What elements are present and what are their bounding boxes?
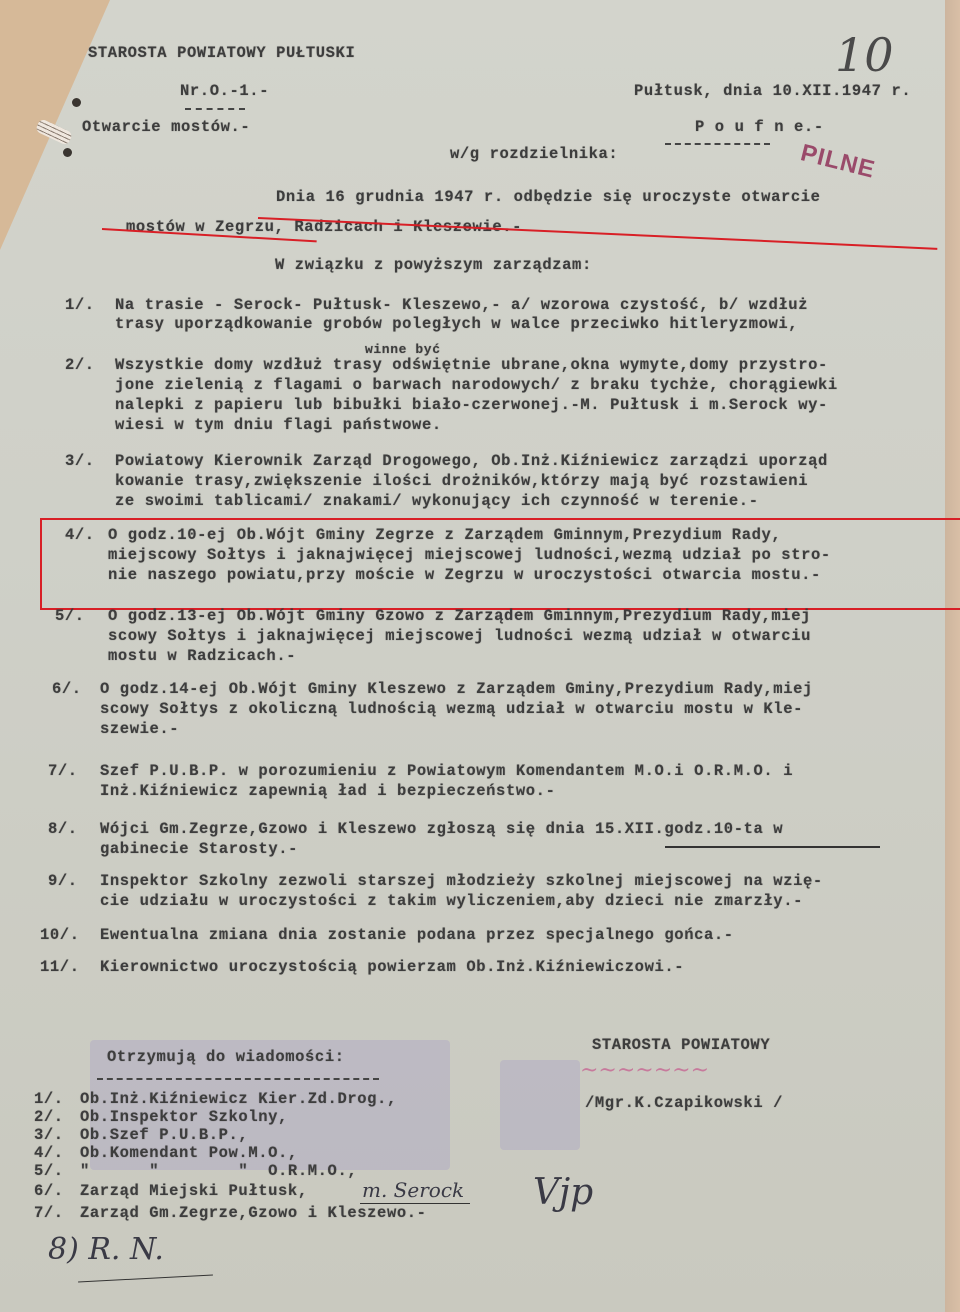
item-line: scowy Sołtys z okoliczną ludnością wezmą… [100,700,803,718]
signature-name: /Mgr.K.Czapikowski / [585,1094,783,1112]
item-line: Inż.Kiźniewicz zapewnią ład i bezpieczeń… [100,782,555,800]
entry-number: 4/. [34,1144,64,1162]
item-number: 2/. [65,356,95,374]
item-line: jone zielenią z flagami o barwach narodo… [115,376,838,394]
item-number: 3/. [65,452,95,470]
reference-number: Nr.O.-1.- [180,82,269,100]
underline [665,846,880,848]
item-line: Powiatowy Kierownik Zarząd Drogowego, Ob… [115,452,828,470]
item-line: Inspektor Szkolny zezwoli starszej młodz… [100,872,823,890]
issuer-heading: STAROSTA POWIATOWY PUŁTUSKI [88,44,355,62]
item-line: gabinecie Starosty.- [100,840,298,858]
item-line: nie naszego powiatu,przy moście w Zegrzu… [108,566,821,584]
item-number: 4/. [65,526,95,544]
place-date: Pułtusk, dnia 10.XII.1947 r. [634,82,911,100]
item-number: 11/. [40,958,80,976]
handwritten-footer: 8) R. N. [48,1232,164,1267]
intro-line-3: W związku z powyższym zarządzam: [275,256,592,274]
item-line: Na trasie - Serock- Pułtusk- Kleszewo,- … [115,296,808,314]
entry-number: 2/. [34,1108,64,1126]
item-number: 10/. [40,926,80,944]
entry-number: 7/. [34,1204,64,1222]
item-line: scowy Sołtys i jaknajwięcej miejscowej l… [108,627,811,645]
underline [360,1203,470,1204]
intro-line-1: Dnia 16 grudnia 1947 r. odbędzie się uro… [276,188,821,206]
item-number: 6/. [52,680,82,698]
page-number: 10 [835,28,894,82]
divider [665,143,770,145]
item-number: 1/. [65,296,95,314]
item-line: Kierownictwo uroczystością powierzam Ob.… [100,958,684,976]
distribution-entry: Ob.Szef P.U.B.P., [80,1126,248,1144]
handwritten-initials: Vjp [533,1172,593,1213]
item-number: 5/. [55,607,85,625]
punch-hole [72,98,81,107]
item-line: Ewentualna zmiana dnia zostanie podana p… [100,926,734,944]
item-line: cie udziału w uroczystości z takim wylic… [100,892,803,910]
item-line: wiesi w tym dniu flagi państwowe. [115,416,442,434]
distribution-entry: Ob.Inspektor Szkolny, [80,1108,288,1126]
distribution-heading: Otrzymują do wiadomości: [107,1048,345,1066]
handwritten-note: m. Serock [362,1178,464,1202]
entry-number: 1/. [34,1090,64,1108]
paper-edge [945,0,960,1312]
item-number: 7/. [48,762,78,780]
stamp-smudge [500,1060,580,1150]
distribution-entry: Zarząd Gm.Zegrze,Gzowo i Kleszewo.- [80,1204,427,1222]
item-line: Wszystkie domy wzdłuż trasy odświętnie u… [115,356,828,374]
item-line: mostu w Radzicach.- [108,647,296,665]
signature-title: STAROSTA POWIATOWY [592,1036,770,1054]
divider [185,108,245,110]
distribution-entry: Ob.Inż.Kiźniewicz Kier.Zd.Drog., [80,1090,397,1108]
entry-number: 3/. [34,1126,64,1144]
divider [97,1078,379,1080]
item-line: Szef P.U.B.P. w porozumieniu z Powiatowy… [100,762,793,780]
subject-line: Otwarcie mostów.- [82,118,250,136]
item-line: ze swoimi tablicami/ znakami/ wykonujący… [115,492,759,510]
signature-scribble: ~~~~~~~ [580,1058,709,1083]
punch-hole [63,148,72,157]
item-line: miejscowy Sołtys i jaknajwięcej miejscow… [108,546,831,564]
distribution-entry: " " " O.R.M.O., [80,1162,357,1180]
item-line: trasy uporządkowanie grobów poległych w … [115,315,798,333]
addressee: w/g rozdzielnika: [450,145,618,163]
item-line: szewie.- [100,720,179,738]
item-line: O godz.13-ej Ob.Wójt Gminy Gzowo z Zarzą… [108,607,811,625]
item-line: nalepki z papieru lub bibułki biało-czer… [115,396,828,414]
item-number: 9/. [48,872,78,890]
item-line: kowanie trasy,zwiększenie ilości drożnik… [115,472,808,490]
classification: P o u f n e.- [695,118,824,136]
distribution-entry: Ob.Komendant Pow.M.O., [80,1144,298,1162]
item-line: O godz.10-ej Ob.Wójt Gminy Zegrze z Zarz… [108,526,781,544]
entry-number: 6/. [34,1182,64,1200]
entry-number: 5/. [34,1162,64,1180]
item-number: 8/. [48,820,78,838]
item-line: Wójci Gm.Zegrze,Gzowo i Kleszewo zgłoszą… [100,820,783,838]
distribution-entry: Zarząd Miejski Pułtusk, [80,1182,308,1200]
item-annotation: winne być [365,342,441,357]
item-line: O godz.14-ej Ob.Wójt Gminy Kleszewo z Za… [100,680,813,698]
